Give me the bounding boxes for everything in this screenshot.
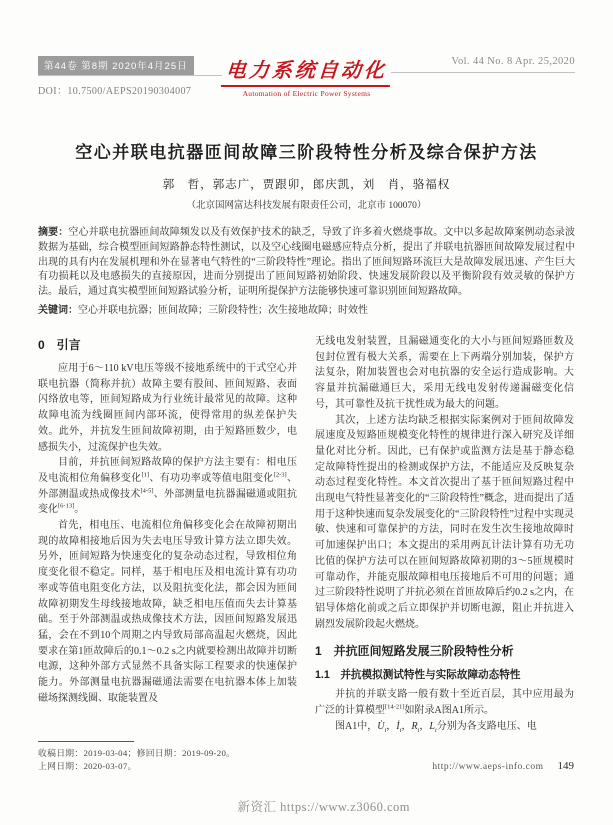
footnote-block: 收稿日期：2019-03-04；修回日期：2019-09-20。 上网日期：20… <box>38 735 297 774</box>
footnote-dates: 收稿日期：2019-03-04；修回日期：2019-09-20。 <box>38 747 297 761</box>
page-footer: http://www.aeps-info.com 149 <box>315 760 574 774</box>
section-heading-1: 1 并抗匝间短路发展三阶段特性分析 <box>315 642 574 659</box>
header-right-rule <box>391 72 575 73</box>
issue-badge: 第44卷 第8期 2020年4月25日 <box>38 56 194 75</box>
header-left: 第44卷 第8期 2020年4月25日 DOI：10.7500/AEPS2019… <box>38 56 222 97</box>
subsection-heading-1-1: 1.1 并抗模拟测试特性与实际故障动态特性 <box>315 667 574 682</box>
keywords-label: 关键词： <box>38 305 78 316</box>
two-column-body: 0 引言 应用于6～110 kV电压等级不接地系统中的干式空心并联电抗器（简称并… <box>38 334 575 774</box>
keywords-block: 关键词：空心并联电抗器；匝间故障；三阶段特性；次生接地故障；时效性 <box>38 303 575 318</box>
footnote-rule <box>38 741 134 742</box>
left-column: 0 引言 应用于6～110 kV电压等级不接地系统中的干式空心并联电抗器（简称并… <box>38 334 297 774</box>
abstract-label: 摘要： <box>38 227 68 238</box>
paper-title: 空心并联电抗器匝间故障三阶段特性分析及综合保护方法 <box>38 138 575 163</box>
footnote-online-date: 上网日期：2020-03-07。 <box>38 760 297 774</box>
header-right: Vol. 44 No. 8 Apr. 25,2020 <box>391 56 575 73</box>
paragraph: 应用于6～110 kV电压等级不接地系统中的干式空心并联电抗器（简称并抗）故障主… <box>38 361 297 455</box>
abstract-block: 摘要：空心并联电抗器匝间故障频发以及有效保护技术的缺乏，导致了许多着火燃烧事故。… <box>38 226 575 300</box>
section-heading-0: 0 引言 <box>38 336 297 353</box>
header-left-rule <box>38 75 222 76</box>
journal-header: 第44卷 第8期 2020年4月25日 DOI：10.7500/AEPS2019… <box>38 56 575 98</box>
right-column: 无线电发射装置，且漏磁通变化的大小与匝间短路匝数及包封位置有极大关系，需要在上下… <box>315 334 574 774</box>
journal-logo-cn: 电力系统自动化 <box>221 54 392 87</box>
paper-authors: 郭 哲，郭志广，贾跟卯，郎庆凯，刘 肖，骆福权 <box>38 176 575 192</box>
abstract-text: 空心并联电抗器匝间故障频发以及有效保护技术的缺乏，导致了许多着火燃烧事故。文中以… <box>38 227 575 297</box>
journal-url-link[interactable]: http://www.aeps-info.com <box>432 762 543 772</box>
paragraph: 并抗的并联支路一般有数十至近百层，其中应用最为广泛的计算模型[14-21]如附录… <box>315 687 574 718</box>
issue-en-text: Vol. 44 No. 8 Apr. 25,2020 <box>391 56 575 72</box>
paper-affiliation: （北京国网富达科技发展有限责任公司，北京市 100070） <box>38 197 575 211</box>
page-number: 149 <box>558 760 575 772</box>
paragraph: 图A1中，U̇i，İi，Ri，Li分别为各支路电压、电 <box>315 719 574 735</box>
keywords-text: 空心并联电抗器；匝间故障；三阶段特性；次生接地故障；时效性 <box>78 305 368 316</box>
journal-page: 第44卷 第8期 2020年4月25日 DOI：10.7500/AEPS2019… <box>0 0 613 825</box>
doi-text: DOI：10.7500/AEPS20190304007 <box>38 82 222 97</box>
paragraph: 目前，并抗匝间短路故障的保护方法主要有：相电压及电流相位角偏移变化[1]、有功功… <box>38 455 297 518</box>
journal-logo: 电力系统自动化 Automation of Electric Power Sys… <box>222 54 391 98</box>
paragraph: 无线电发射装置，且漏磁通变化的大小与匝间短路匝数及包封位置有极大关系，需要在上下… <box>315 334 574 413</box>
paragraph: 其次，上述方法均缺乏根据实际案例对于匝间故障发展速度及短路匝规模变化特性的规律进… <box>315 413 574 633</box>
paragraph: 首先，相电压、电流相位角偏移变化会在故障初期出现的故障相接地后因为失去电压导致计… <box>38 518 297 706</box>
journal-logo-en: Automation of Electric Power Systems <box>222 89 391 98</box>
watermark-link[interactable]: 新资汇 https://www.z3060.com <box>238 797 410 815</box>
